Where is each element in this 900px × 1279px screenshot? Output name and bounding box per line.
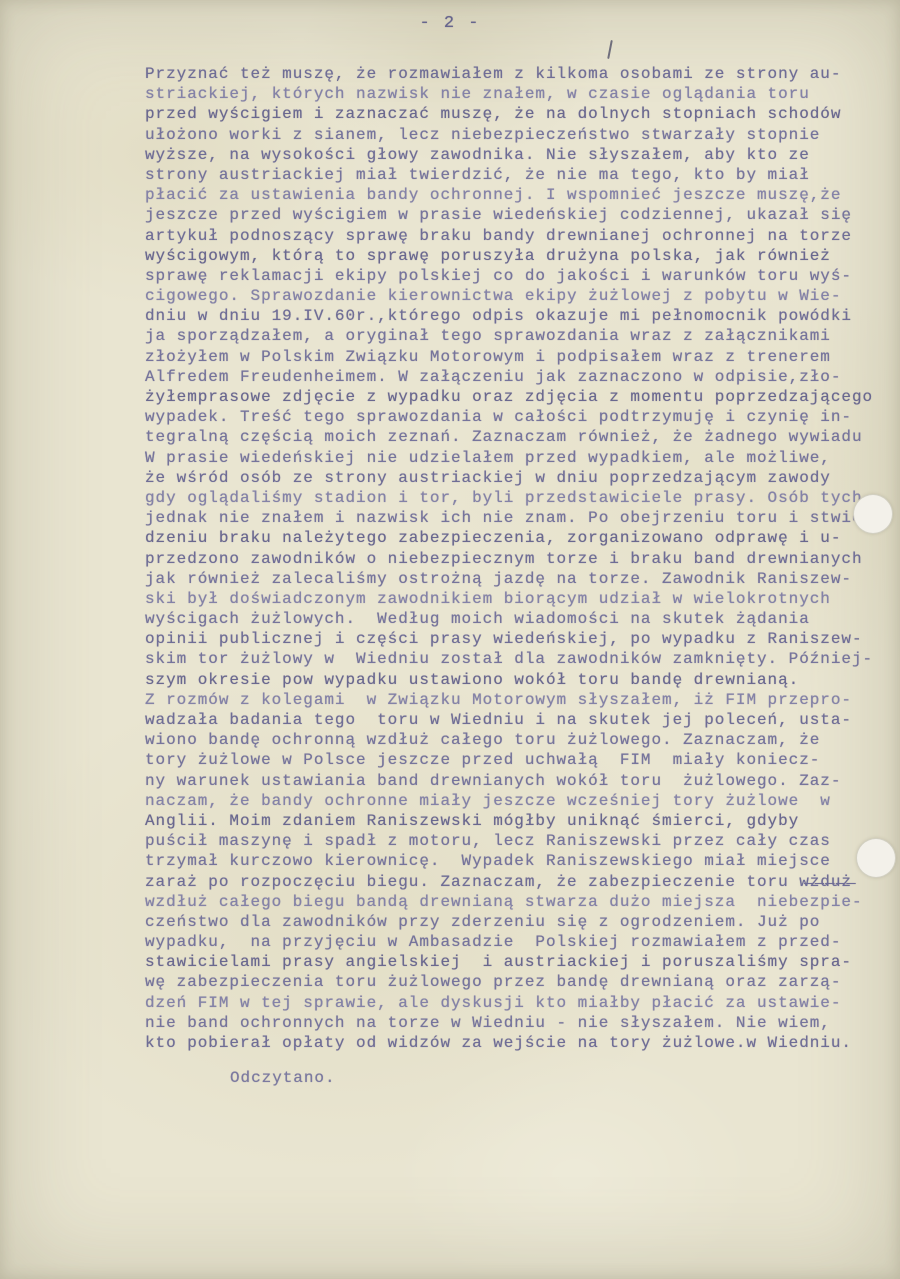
text-line: płacić za ustawienia bandy ochronnej. I … <box>145 185 890 205</box>
text-line: nie band ochronnych na torze w Wiedniu -… <box>145 1013 890 1033</box>
body-lines: Przyznać też muszę, że rozmawiałem z kil… <box>145 64 890 1053</box>
hole-punch-top <box>853 494 893 534</box>
text-line: kto pobierał opłaty od widzów za wejście… <box>145 1033 890 1053</box>
text-line: W prasie wiedeńskiej nie udzielałem prze… <box>145 448 890 468</box>
text-line: wypadek. Treść tego sprawozdania w całoś… <box>145 407 890 427</box>
text-line: sprawę reklamacji ekipy polskiej co do j… <box>145 266 890 286</box>
text-line: Przyznać też muszę, że rozmawiałem z kil… <box>145 64 890 84</box>
text-line: ja sporządzałem, a oryginał tego sprawoz… <box>145 326 890 346</box>
text-line: striackiej, których nazwisk nie znałem, … <box>145 84 890 104</box>
text-line: wzdłuż całego biegu bandą drewnianą stwa… <box>145 892 890 912</box>
text-line: skim tor żużlowy w Wiedniu został dla za… <box>145 649 890 669</box>
text-line: stawicielami prasy angielskiej i austria… <box>145 952 890 972</box>
text-line: złożyłem w Polskim Związku Motorowym i p… <box>145 347 890 367</box>
text-line: ny warunek ustawiania band drewnianych w… <box>145 771 890 791</box>
text-line: czeństwo dla zawodników przy zderzeniu s… <box>145 912 890 932</box>
typewritten-body: Przyznać też muszę, że rozmawiałem z kil… <box>145 64 890 1088</box>
text-line: opinii publicznej i części prasy wiedeńs… <box>145 629 890 649</box>
text-line: Alfredem Freudenheimem. W załączeniu jak… <box>145 367 890 387</box>
text-line: gdy oglądaliśmy stadion i tor, byli prze… <box>145 488 890 508</box>
text-line: zaraż po rozpoczęciu biegu. Zaznaczam, ż… <box>145 872 890 892</box>
text-line: jak również zalecaliśmy ostrożną jazdę n… <box>145 569 890 589</box>
text-line: naczam, że bandy ochronne miały jeszcze … <box>145 791 890 811</box>
text-line: Anglii. Moim zdaniem Raniszewski mógłby … <box>145 811 890 831</box>
text-line: ułożono worki z sianem, lecz niebezpiecz… <box>145 125 890 145</box>
text-line: jednak nie znałem i nazwisk ich nie znam… <box>145 508 890 528</box>
text-line: Z rozmów z kolegami w Związku Motorowym … <box>145 690 890 710</box>
hole-punch-bottom <box>856 838 896 878</box>
text-line: przedzono zawodników o niebezpiecznym to… <box>145 549 890 569</box>
document-page: - 2 - Przyznać też muszę, że rozmawiałem… <box>0 0 900 1279</box>
closing-line: Odczytano. <box>230 1068 890 1088</box>
text-line: dniu w dniu 19.IV.60r.,którego odpis oka… <box>145 306 890 326</box>
text-line: tory żużlowe w Polsce jeszcze przed uchw… <box>145 750 890 770</box>
text-line: wiono bandę ochronną wzdłuż całego toru … <box>145 730 890 750</box>
text-line: wadzała badania tego toru w Wiedniu i na… <box>145 710 890 730</box>
text-line: ski był doświadczonym zawodnikiem biorąc… <box>145 589 890 609</box>
text-line: jeszcze przed wyścigiem w prasie wiedeńs… <box>145 205 890 225</box>
text-line: szym okresie pow wypadku ustawiono wokół… <box>145 670 890 690</box>
text-line: artykuł podnoszący sprawę braku bandy dr… <box>145 226 890 246</box>
text-line: wyścigach żużlowych. Według moich wiadom… <box>145 609 890 629</box>
text-line: żyłemprasowe zdjęcie z wypadku oraz zdję… <box>145 387 890 407</box>
text-line: dzeń FIM w tej sprawie, ale dyskusji kto… <box>145 993 890 1013</box>
text-line: wyścigowym, którą to sprawę poruszyła dr… <box>145 246 890 266</box>
text-line: tegralną częścią moich zeznań. Zaznaczam… <box>145 427 890 447</box>
text-line: że wśród osób ze strony austriackiej w d… <box>145 468 890 488</box>
text-line: puścił maszynę i spadł z motoru, lecz Ra… <box>145 831 890 851</box>
text-line: wyższe, na wysokości głowy zawodnika. Ni… <box>145 145 890 165</box>
text-line: dzeniu braku należytego zabezpieczenia, … <box>145 528 890 548</box>
text-line: cigowego. Sprawozdanie kierownictwa ekip… <box>145 286 890 306</box>
text-line: przed wyścigiem i zaznaczać muszę, że na… <box>145 104 890 124</box>
text-line: strony austriackiej miał twierdzić, że n… <box>145 165 890 185</box>
pen-stray-mark <box>607 40 613 59</box>
page-number: - 2 - <box>0 14 900 33</box>
text-line: wypadku, na przyjęciu w Ambasadzie Polsk… <box>145 932 890 952</box>
text-line: wę zabezpieczenia toru żużlowego przez b… <box>145 972 890 992</box>
text-line: trzymał kurczowo kierownicę. Wypadek Ran… <box>145 851 890 871</box>
